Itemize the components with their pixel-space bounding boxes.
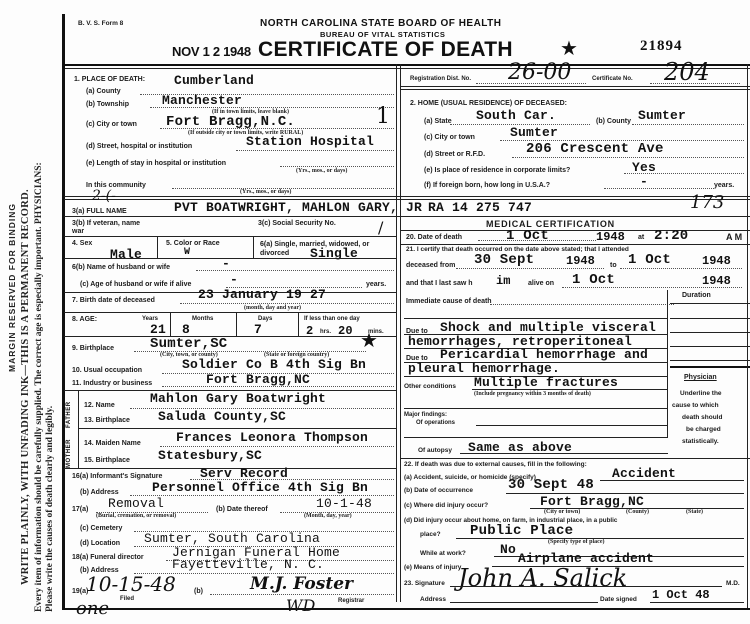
date-signed-label: Date signed xyxy=(600,596,637,603)
attended-to-label: to xyxy=(610,262,617,269)
dod-ampm: A M xyxy=(726,232,742,242)
spouse-age-value: - xyxy=(230,272,238,287)
filing-b-label: (b) xyxy=(194,588,203,595)
other-conditions-label: Other conditions xyxy=(404,383,456,390)
duration-label: Duration xyxy=(682,292,711,299)
while-at-work-value: No xyxy=(500,542,516,557)
alive-on-label: alive on xyxy=(528,280,554,287)
res-state-label: (a) State xyxy=(424,118,452,125)
death-city-label: (c) City or town xyxy=(86,121,137,128)
top-rule-2 xyxy=(64,68,750,69)
army-serial-number: RA 14 275 747 xyxy=(428,200,532,215)
age-days-value: 7 xyxy=(254,322,262,337)
last-saw-label: and that I last saw h xyxy=(406,280,473,287)
res-foreign-unit: years. xyxy=(714,182,734,189)
death-certificate: MARGIN RESERVED FOR BINDING WRITE PLAINL… xyxy=(0,0,750,624)
attended-from-label: deceased from xyxy=(406,262,455,269)
funeral-director-label: 18(a) Funeral director xyxy=(72,554,144,561)
physician-box-line-2: cause to which xyxy=(672,402,719,409)
external-c-note-1: (City or town) xyxy=(544,509,580,515)
form-id: B. V. S. Form 8 xyxy=(78,20,123,27)
death-county-label: (a) County xyxy=(86,88,121,95)
other-conditions-note: (Include pregnancy within 3 months of de… xyxy=(474,391,591,397)
dod-value: 1 Oct xyxy=(506,228,549,244)
res-county-value: Sumter xyxy=(638,108,686,123)
registration-district-value: 26-00 xyxy=(508,60,571,85)
external-c-note-3: (State) xyxy=(686,509,703,515)
last-saw-him: im xyxy=(496,274,510,288)
res-county-label: (b) County xyxy=(596,118,631,125)
mother-birthplace-value: Statesbury,SC xyxy=(158,448,262,463)
father-name-label: 12. Name xyxy=(84,402,115,409)
physician-box-line-4: be charged xyxy=(686,426,721,433)
external-b-value: 30 Sept 48 xyxy=(508,477,594,493)
alive-on-year: 1948 xyxy=(702,274,731,288)
external-c-label: (c) Where did injury occur? xyxy=(404,502,488,509)
disposition-date-label: (b) Date thereof xyxy=(216,506,268,513)
res-foreign-label: (f) If foreign born, how long in U.S.A.? xyxy=(424,182,550,189)
autopsy-label: Of autopsy xyxy=(418,447,452,454)
agency-name: NORTH CAROLINA STATE BOARD OF HEALTH xyxy=(260,18,502,29)
disposition-label: 17(a) xyxy=(72,506,88,513)
margin-reserved-text: MARGIN RESERVED FOR BINDING xyxy=(7,203,17,372)
due-to-1-line-a: Shock and multiple visceral xyxy=(440,320,656,335)
attended-from-value: 30 Sept xyxy=(474,252,534,268)
state-file-number: 21894 xyxy=(640,38,683,55)
sex-label: 4. Sex xyxy=(72,240,92,247)
father-birthplace-label: 13. Birthplace xyxy=(84,417,130,424)
bottom-rule xyxy=(64,608,750,610)
full-name-value: PVT BOATWRIGHT, MAHLON GARY, JR xyxy=(174,200,422,215)
race-label: 5. Color or Race xyxy=(166,240,220,247)
spouse-label: 6(b) Name of husband or wife xyxy=(72,264,170,271)
res-corporate-label: (e) Is place of residence in corporate l… xyxy=(424,167,570,174)
community-note: (Yrs., mos., or days) xyxy=(240,189,291,195)
instructions-text-2: Please write the causes of death clearly… xyxy=(45,406,55,612)
stay-label: (e) Length of stay in hospital or instit… xyxy=(86,160,226,167)
external-a-value: Accident xyxy=(612,466,676,481)
veteran-label: 3(b) If veteran, name war xyxy=(72,220,152,236)
res-city-label: (c) City or town xyxy=(424,134,475,141)
external-c-note-2: (County) xyxy=(626,509,649,515)
mother-birthplace-label: 15. Birthplace xyxy=(84,457,130,464)
race-value: W xyxy=(184,247,190,258)
informant-addr-value: Personnel Office 4th Sig Bn xyxy=(152,480,368,495)
right-border xyxy=(747,64,748,608)
location-value: Sumter, South Carolina xyxy=(144,531,320,546)
age-years-value: 21 xyxy=(150,322,166,337)
physician-box-line-5: statistically. xyxy=(682,438,719,445)
attended-to-value: 1 Oct xyxy=(628,252,671,268)
received-stamp-date: NOV 1 2 1948 xyxy=(172,44,251,59)
external-d-value: Public Place xyxy=(470,523,573,539)
registrar-initials: WD xyxy=(286,596,315,615)
mother-side-label: MOTHER xyxy=(66,439,72,468)
name-scribble: 2-(- xyxy=(92,188,116,204)
res-state-value: South Car. xyxy=(476,108,556,123)
center-divider xyxy=(396,64,397,602)
birthdate-label: 7. Birth date of deceased xyxy=(72,297,155,304)
age-hrs-label: hrs. xyxy=(320,329,331,335)
address-label: Address xyxy=(420,596,446,603)
birthdate-value: 23 January 19 27 xyxy=(198,287,326,302)
top-rule xyxy=(64,64,750,66)
death-township-label: (b) Township xyxy=(86,101,129,108)
filing-date: 10-15-48 xyxy=(86,572,176,596)
ss-label: 3(c) Social Security No. xyxy=(258,220,338,228)
write-plainly-text: WRITE PLAINLY, WITH UNFADING INK—THIS IS… xyxy=(20,189,31,585)
full-name-label: 3(a) FULL NAME xyxy=(72,208,127,215)
father-birthplace-value: Saluda County,SC xyxy=(158,409,286,424)
star-icon: ★ xyxy=(560,36,578,61)
industry-value: Fort Bragg,NC xyxy=(206,372,310,387)
informant-sig-label: 16(a) Informant's Signature xyxy=(72,473,162,480)
disposition-date-note: (Month, day, year) xyxy=(304,513,352,519)
md-label: M.D. xyxy=(726,580,740,587)
major-findings-label: Major findings: xyxy=(404,412,447,418)
occupation-value: Soldier Co B 4th Sig Bn xyxy=(182,357,366,372)
immediate-cause-label: Immediate cause of death xyxy=(406,298,492,305)
age-months-label: Months xyxy=(192,316,213,322)
operations-label: Of operations xyxy=(416,420,455,426)
disposition-date-value: 10-1-48 xyxy=(316,496,372,511)
certificate-title: CERTIFICATE OF DEATH xyxy=(258,38,513,62)
name-annotation: 173 xyxy=(690,192,724,213)
res-city-value: Sumter xyxy=(510,125,558,140)
registration-district-label: Registration Dist. No. xyxy=(410,76,471,82)
certificate-number-label: Certificate No. xyxy=(592,76,633,82)
certificate-number-value: 204 xyxy=(664,58,710,86)
death-county-value: Cumberland xyxy=(174,73,254,88)
residence-heading: 2. HOME (USUAL RESIDENCE) OF DECEASED: xyxy=(410,100,567,107)
registrar-label: Registrar xyxy=(338,598,364,604)
ss-value: / xyxy=(378,218,383,237)
physician-box-line-1: Underline the xyxy=(680,390,722,397)
birthplace-label: 9. Birthplace xyxy=(72,345,114,352)
funeral-addr-value: Fayetteville, N. C. xyxy=(172,557,324,572)
alive-on-value: 1 Oct xyxy=(572,272,615,288)
margin-mark: 1 xyxy=(376,104,390,129)
res-street-value: 206 Crescent Ave xyxy=(526,141,664,157)
father-name-value: Mahlon Gary Boatwright xyxy=(150,391,326,406)
other-conditions-value: Multiple fractures xyxy=(474,375,618,390)
res-foreign-value: - xyxy=(640,174,648,189)
birthdate-note: (month, day and year) xyxy=(244,305,301,311)
father-side-label: FATHER xyxy=(66,401,72,428)
industry-label: 11. Industry or business xyxy=(72,380,152,387)
occupation-label: 10. Usual occupation xyxy=(72,367,142,374)
dod-label: 20. Date of death xyxy=(406,234,462,241)
res-street-label: (d) Street or R.F.D. xyxy=(424,151,485,158)
cemetery-label: (c) Cemetery xyxy=(80,525,122,532)
center-divider-2 xyxy=(400,64,401,602)
spouse-value: - xyxy=(222,256,230,271)
stay-note: (Yrs., mos., or days) xyxy=(296,168,347,174)
death-street-label: (d) Street, hospital or institution xyxy=(86,143,192,150)
signature-label: 23. Signature xyxy=(404,580,445,587)
filing-filed-label: Filed xyxy=(120,596,134,602)
birthplace-star-icon: ★ xyxy=(360,328,378,353)
age-lt-day-label: If less than one day xyxy=(304,316,360,322)
physician-box-title: Physician xyxy=(684,374,717,381)
while-at-work-label: While at work? xyxy=(420,550,466,557)
spouse-age-label: (c) Age of husband or wife if alive xyxy=(80,281,191,288)
external-c-value: Fort Bragg,NC xyxy=(540,494,644,509)
dod-time: 2:20 xyxy=(654,228,688,244)
place-of-death-heading: 1. PLACE OF DEATH: xyxy=(74,76,145,83)
mother-name-label: 14. Maiden Name xyxy=(84,440,141,447)
registrar-signature: M.J. Foster xyxy=(250,574,353,594)
attended-from-year: 1948 xyxy=(566,254,595,268)
attended-to-year: 1948 xyxy=(702,254,731,268)
birthplace-value: Sumter,SC xyxy=(150,336,227,352)
mother-name-value: Frances Leonora Thompson xyxy=(176,430,368,445)
informant-addr-label: (b) Address xyxy=(80,489,119,496)
age-label: 8. AGE: xyxy=(72,316,97,323)
age-months-value: 8 xyxy=(182,322,190,337)
sex-value: Male xyxy=(110,247,142,262)
physician-box-line-3: death should xyxy=(682,414,722,421)
date-signed-value: 1 Oct 48 xyxy=(652,588,710,602)
location-label: (d) Location xyxy=(80,540,120,547)
death-street-value: Station Hospital xyxy=(246,134,374,149)
disposition-value: Removal xyxy=(108,496,164,511)
death-township-value: Manchester xyxy=(162,93,242,108)
external-heading: 22. If death was due to external causes,… xyxy=(404,461,587,468)
external-d-label-2: place? xyxy=(420,531,441,538)
means-of-injury-label: (e) Means of injury xyxy=(404,564,461,571)
physician-signature: John A. Salick xyxy=(458,564,627,592)
instructions-text-1: Every item of information should be care… xyxy=(34,162,44,612)
spouse-age-unit: years. xyxy=(366,281,386,288)
due-to-2-line-b: pleural hemorrhage. xyxy=(408,361,560,376)
external-d-note: (Specify type of place) xyxy=(548,539,605,545)
dod-year: 1948 xyxy=(596,230,625,244)
dod-at-label: at xyxy=(638,234,644,241)
disposition-note: (Burial, cremation, or removal) xyxy=(96,513,176,519)
due-to-2-line-a: Pericardial hemorrhage and xyxy=(440,347,648,362)
external-b-label: (b) Date of occurrence xyxy=(404,487,473,494)
